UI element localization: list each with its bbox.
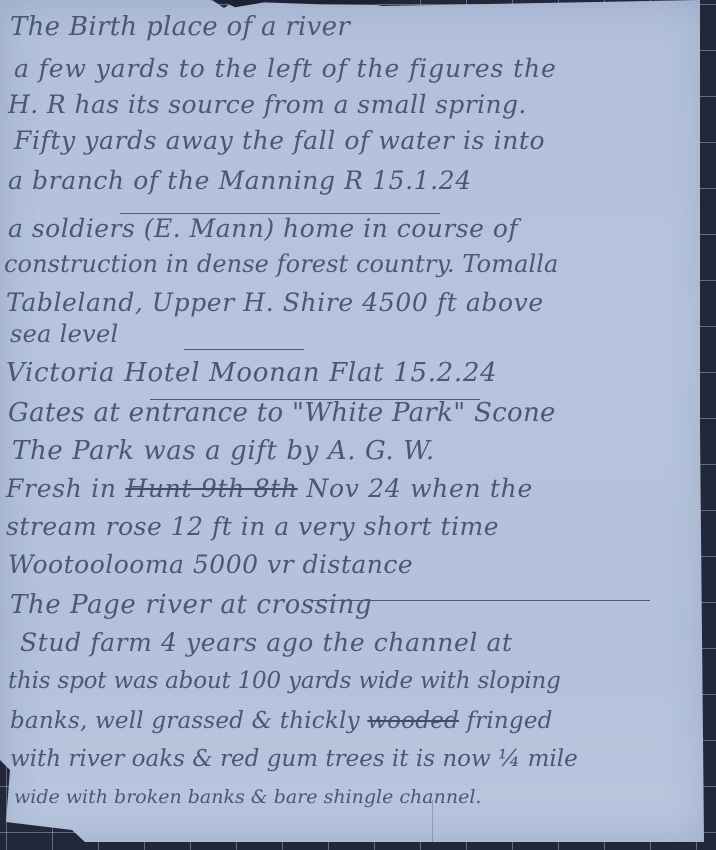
text-line: a soldiers (E. Mann) home in course of — [8, 216, 518, 241]
text-line: Victoria Hotel Moonan Flat 15.2.24 — [6, 360, 497, 386]
text-line: sea level — [10, 322, 118, 346]
text-line: The Birth place of a river — [10, 14, 350, 40]
text-line: banks, well grassed & thickly wooded fri… — [10, 710, 553, 733]
text-segment: Fresh in — [6, 474, 125, 503]
text-line: Fifty yards away the fall of water is in… — [14, 128, 545, 153]
text-line: construction in dense forest country. To… — [4, 252, 558, 276]
text-line: a branch of the Manning R 15.1.24 — [8, 168, 472, 193]
text-line: a few yards to the left of the figures t… — [14, 56, 557, 81]
text-segment: banks, well grassed & thickly — [10, 708, 367, 734]
text-line: The Page river at crossing — [10, 592, 372, 618]
text-line: with river oaks & red gum trees it is no… — [10, 748, 578, 771]
text-line: The Park was a gift by A. G. W. — [12, 438, 435, 464]
text-segment: fringed — [459, 708, 553, 734]
text-line: H. R has its source from a small spring. — [8, 92, 527, 117]
text-line: Fresh in Hunt 9th 8th Nov 24 when the — [6, 476, 533, 501]
text-line: stream rose 12 ft in a very short time — [6, 514, 499, 539]
text-line: Gates at entrance to "White Park" Scone — [8, 400, 556, 426]
text-line: wide with broken banks & bare shingle ch… — [14, 788, 481, 807]
overline-mark — [184, 349, 304, 350]
text-line: this spot was about 100 yards wide with … — [8, 670, 561, 693]
text-line: Wootoolooma 5000 vr distance — [8, 552, 413, 577]
text-line: Stud farm 4 years ago the channel at — [20, 630, 513, 655]
handwritten-text: The Birth place of a river a few yards t… — [0, 0, 716, 850]
text-segment: Nov 24 when the — [298, 474, 533, 503]
struck-text: wooded — [367, 708, 459, 734]
struck-text: Hunt 9th 8th — [125, 474, 297, 503]
text-line: Tableland, Upper H. Shire 4500 ft above — [6, 290, 544, 315]
